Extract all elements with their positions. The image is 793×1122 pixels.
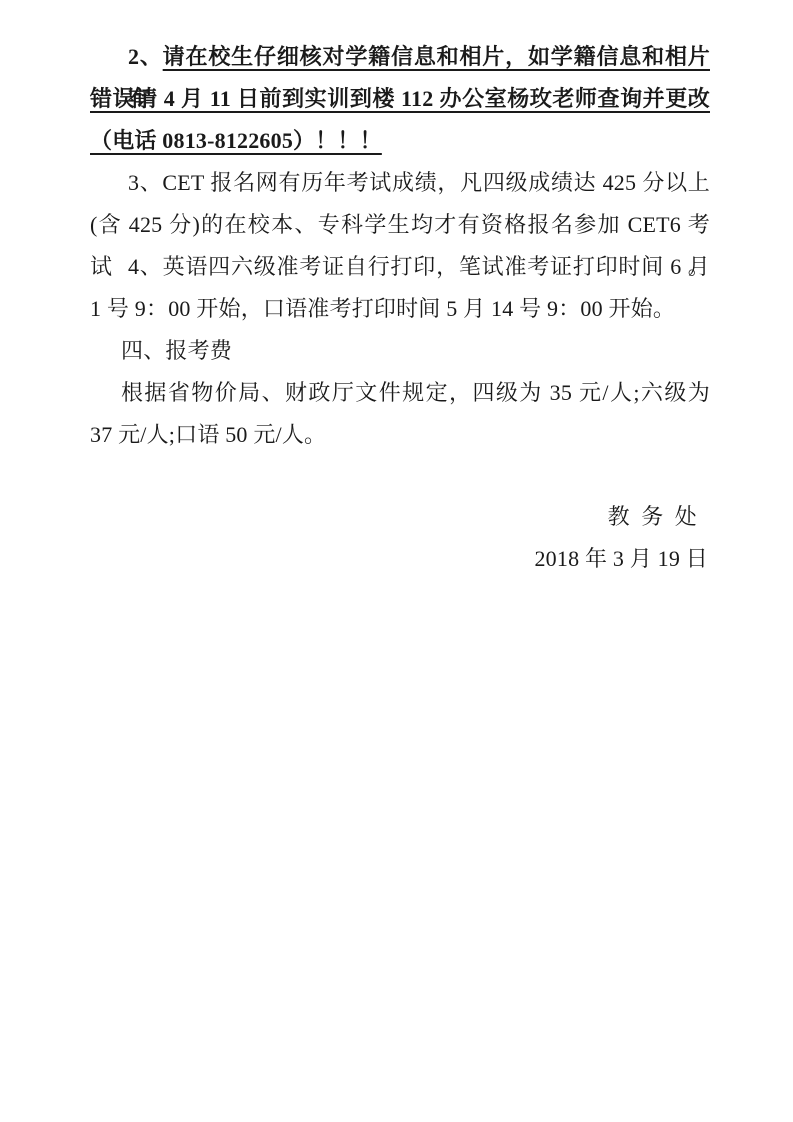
item2-number: 2、 — [128, 44, 163, 69]
item2-line2: 错误请 4 月 11 日前到实训到楼 112 办公室杨玫老师查询并更改 — [90, 78, 710, 120]
item3-line1: 3、CET 报名网有历年考试成绩，凡四级成绩达 425 分以上 — [90, 162, 710, 204]
item4-line1: 4、英语四六级准考证自行打印，笔试准考证打印时间 6 月 — [90, 246, 710, 288]
section4-line1: 根据省物价局、财政厅文件规定，四级为 35 元/人;六级为 — [90, 372, 710, 414]
section4-heading: 四、报考费 — [90, 330, 710, 372]
item2-line1: 2、请在校生仔细核对学籍信息和相片，如学籍信息和相片有 — [90, 36, 710, 78]
signature-date: 2018 年 3 月 19 日 — [90, 538, 710, 580]
item2-line3-phone: （电话 0813-8122605）！！！ — [90, 120, 710, 162]
item4-line2: 1 号 9：00 开始，口语准考打印时间 5 月 14 号 9：00 开始。 — [90, 288, 710, 330]
document-page: 2、请在校生仔细核对学籍信息和相片，如学籍信息和相片有 错误请 4 月 11 日… — [0, 0, 793, 1122]
section4-line2: 37 元/人;口语 50 元/人。 — [90, 414, 710, 456]
signature-department: 教 务 处 — [90, 496, 710, 538]
signature-spacer — [90, 456, 710, 496]
item3-line2: (含 425 分)的在校本、专科学生均才有资格报名参加 CET6 考试。 — [90, 204, 710, 246]
document-content: 2、请在校生仔细核对学籍信息和相片，如学籍信息和相片有 错误请 4 月 11 日… — [0, 0, 793, 580]
